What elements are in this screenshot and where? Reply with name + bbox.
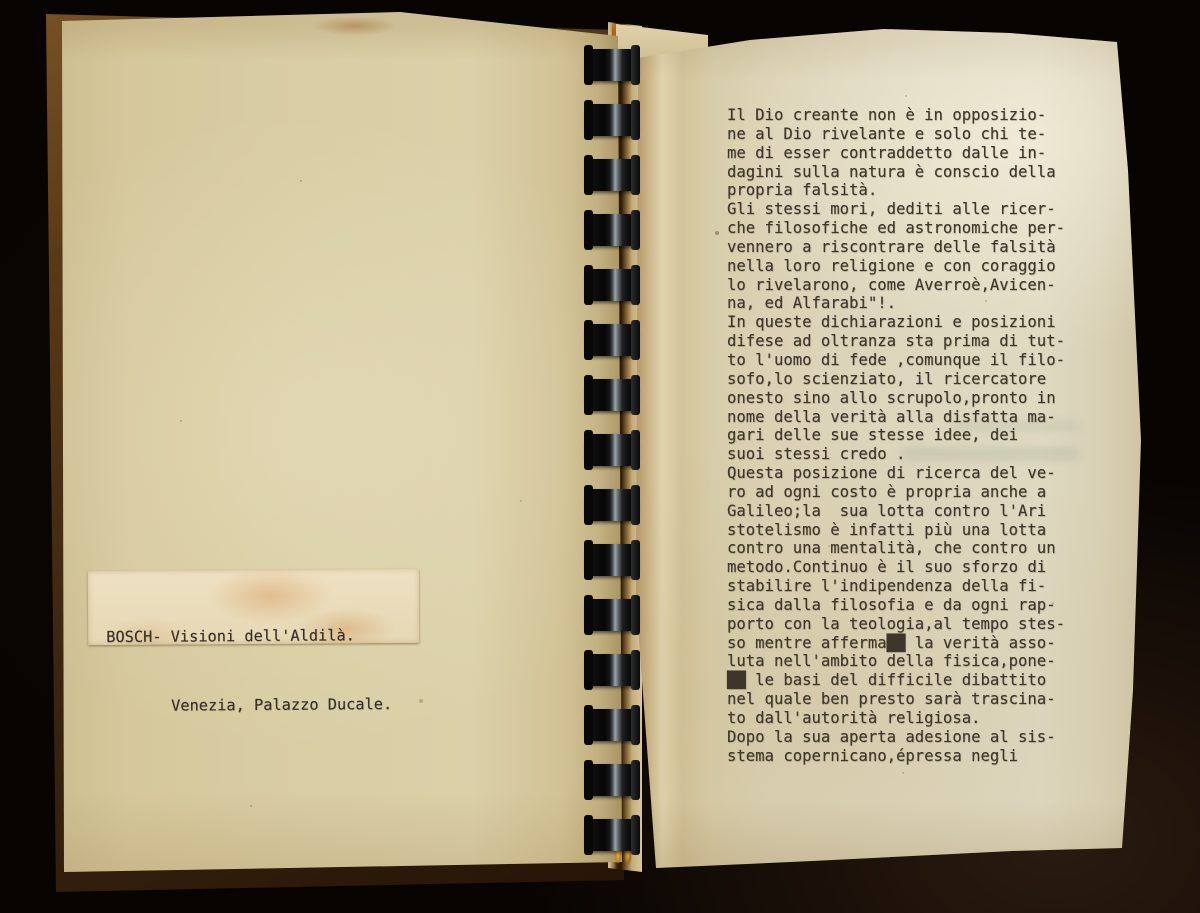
book-photo: { "left_page": { "label": { "line1": "BO… [0, 0, 1200, 913]
typewritten-line: vennero a riscontrare delle falsità [727, 238, 1065, 257]
binding-ring [586, 269, 638, 301]
typewritten-line: nome della verità alla disfatta ma- [727, 408, 1065, 427]
binding-ring [586, 214, 638, 246]
binding-ring [586, 104, 638, 136]
typewritten-line: Galileo;la sua lotta contro l'Ari [727, 502, 1065, 521]
typewritten-line: luta nell'ambito della fisica,pone- [727, 652, 1065, 671]
typewritten-line: ██ le basi del difficile dibattito [727, 671, 1065, 690]
typewritten-line: difese ad oltranza sta prima di tut- [727, 332, 1065, 351]
typewritten-line: In queste dichiarazioni e posizioni [727, 313, 1065, 332]
binding-ring [586, 709, 638, 741]
typewritten-line: sica dalla filosofia e da ogni rap- [727, 596, 1065, 615]
typewritten-line: ro ad ogni costo è propria anche a [727, 483, 1065, 502]
binding-ring [586, 434, 638, 466]
typewritten-line: metodo.Continuo è il suo sforzo di [727, 558, 1065, 577]
binding-ring [586, 379, 638, 411]
binding-ring [586, 599, 638, 631]
typewritten-line: so mentre afferma██ la verità asso- [727, 634, 1065, 653]
typewritten-line: ne al Dio rivelante e solo chi te- [727, 125, 1065, 144]
typewritten-line: che filosofiche ed astronomiche per- [727, 219, 1065, 238]
typewritten-line: contro una mentalità, che contro un [727, 539, 1065, 558]
label-line-1: BOSCH- Visioni dell'Aldilà. [106, 624, 392, 649]
typewritten-text: Il Dio creante non è in opposizio-ne al … [727, 106, 1065, 766]
typewritten-line: Il Dio creante non è in opposizio- [727, 106, 1065, 125]
typewritten-line: to dall'autorità religiosa. [727, 709, 1065, 728]
typewritten-line: sofo,lo scienziato, il ricercatore [727, 370, 1065, 389]
binding-ring [586, 489, 638, 521]
label-line-2: Venezia, Palazzo Ducale. [107, 693, 393, 718]
typewritten-line: Questa posizione di ricerca del ve- [727, 464, 1065, 483]
binding-ring [586, 819, 638, 851]
typewritten-line: Dopo la sua aperta adesione al sis- [727, 728, 1065, 747]
typewritten-line: suoi stessi credo . [727, 445, 1065, 464]
typewritten-line: nella loro religione e con coraggio [727, 257, 1065, 276]
typewritten-line: onesto sino allo scrupolo,pronto in [727, 389, 1065, 408]
binding-ring [586, 544, 638, 576]
museum-label: BOSCH- Visioni dell'Aldilà. Venezia, Pal… [88, 569, 420, 645]
binding-ring [586, 654, 638, 686]
typewritten-line: porto con la teologia,al tempo stes- [727, 615, 1065, 634]
typewritten-line: Gli stessi mori, dediti alle ricer- [727, 200, 1065, 219]
typewritten-line: stabilire l'indipendenza della fi- [727, 577, 1065, 596]
typewritten-line: dagini sulla natura è conscio della [727, 163, 1065, 182]
typewritten-line: stotelismo è infatti più una lotta [727, 521, 1065, 540]
typewritten-line: lo rivelarono, come Averroè,Avicen- [727, 276, 1065, 295]
typewritten-line: stema copernicano,épressa negli [727, 747, 1065, 766]
binding-ring [586, 159, 638, 191]
binding-ring [586, 49, 638, 81]
typewritten-line: na, ed Alfarabi"!. [727, 294, 1065, 313]
paper-specks [0, 0, 2, 2]
typewritten-line: to l'uomo di fede ,comunque il filo- [727, 351, 1065, 370]
museum-label-text: BOSCH- Visioni dell'Aldilà. Venezia, Pal… [106, 578, 393, 764]
typewritten-line: nel quale ben presto sarà trascina- [727, 690, 1065, 709]
binding-ring [586, 764, 638, 796]
binding-ring [586, 324, 638, 356]
typewritten-line: gari delle sue stesse idee, dei [727, 426, 1065, 445]
typewritten-line: me di esser contraddetto dalle in- [727, 144, 1065, 163]
typewritten-line: propria falsità. [727, 181, 1065, 200]
